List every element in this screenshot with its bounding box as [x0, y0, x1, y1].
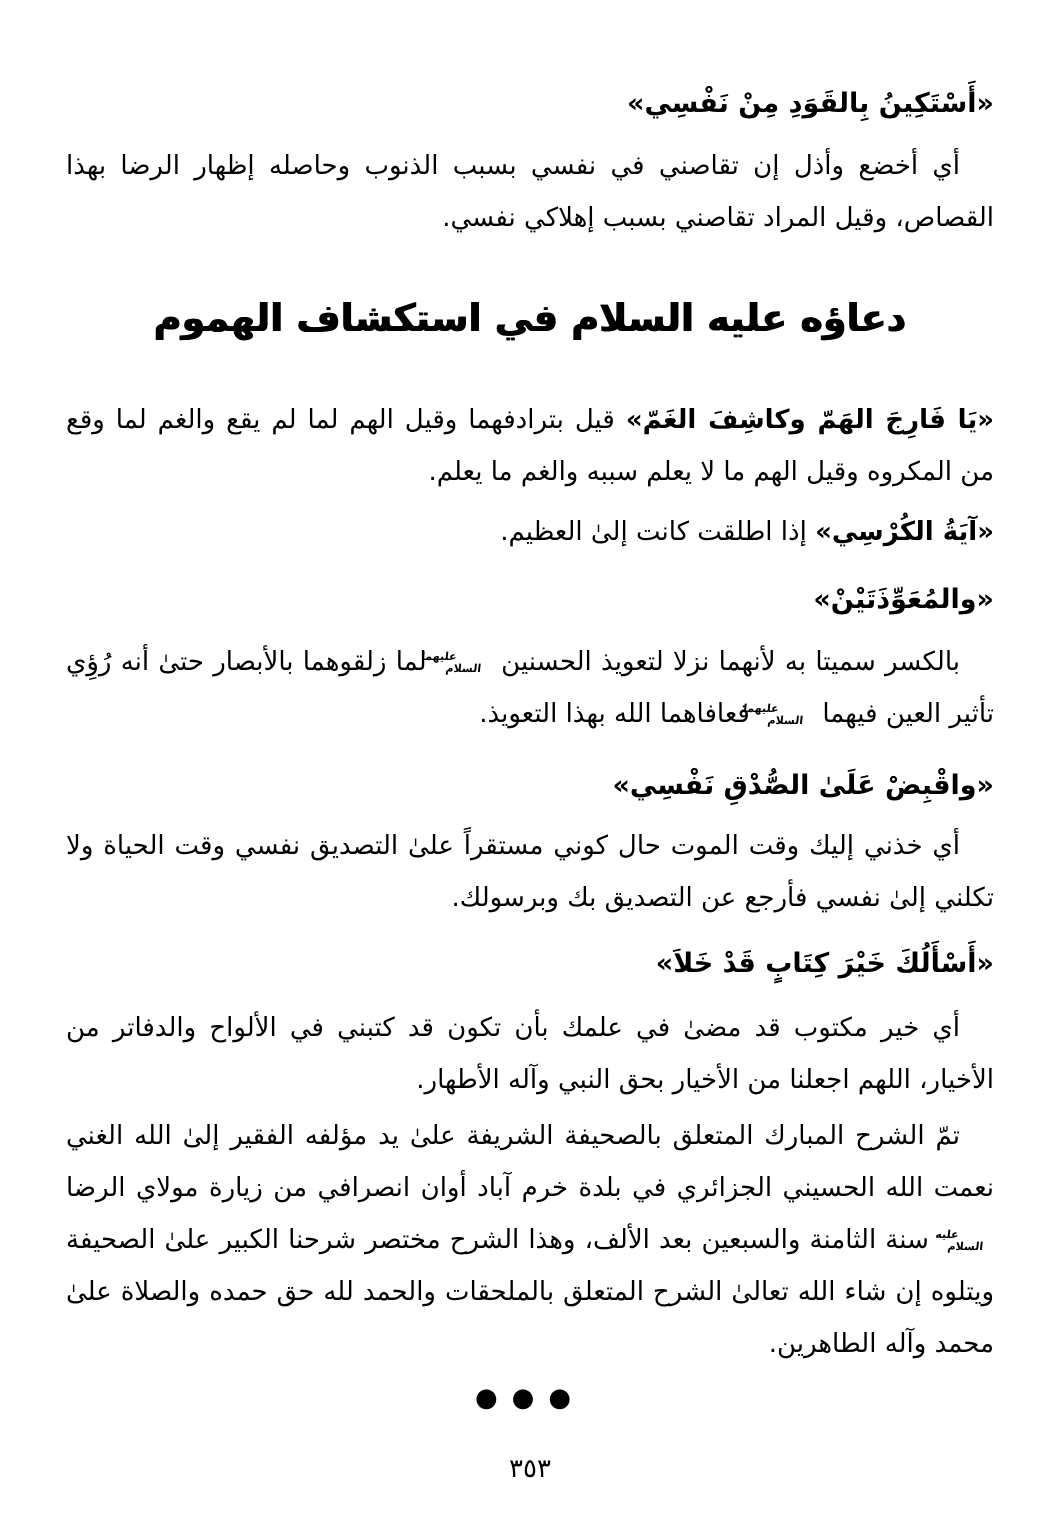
- commentary-paragraph-ya-farij: «يَا فَارِجَ الهَمّ وكاشِفَ الغَمّ» قيل …: [66, 394, 994, 498]
- book-page: «أَسْتَكِينُ بِالقَوَدِ مِنْ نَفْسِي» أي…: [0, 0, 1060, 1518]
- chapter-title: دعاؤه عليه السلام في استكشاف الهموم: [66, 294, 994, 342]
- commentary-text-muawwidhatayn-a: بالكسر سميتا به لأنهما نزلا لتعويذ الحسن…: [492, 647, 960, 677]
- commentary-paragraph-iqbid: أي خذني إليك وقت الموت حال كوني مستقراً …: [66, 820, 994, 924]
- quote-ayat-kursi: «آيَةُ الكُرْسِي»: [815, 517, 994, 547]
- quote-heading-asaluka: «أَسْأَلُكَ خَيْرَ كِتَابٍ قَدْ خَلاَ»: [66, 938, 994, 990]
- page-number: ٣٥٣: [0, 1454, 1060, 1484]
- quote-ya-farij: «يَا فَارِجَ الهَمّ وكاشِفَ الغَمّ»: [626, 405, 994, 435]
- colophon-text-b: سنة الثامنة والسبعين بعد الألف، وهذا الش…: [66, 1225, 994, 1359]
- commentary-text-ayat-kursi: إذا اطلقت كانت إلىٰ العظيم.: [500, 517, 815, 547]
- alayhi-salam-ligature: عليه السلام: [939, 1229, 993, 1252]
- alayhima-salam-ligature: عليهما السلام: [437, 651, 491, 674]
- quote-heading-astakin: «أَسْتَكِينُ بِالقَوَدِ مِنْ نَفْسِي»: [66, 78, 994, 130]
- commentary-text-muawwidhatayn-c: فعافاهما الله بهذا التعويذ.: [479, 699, 758, 729]
- alayhima-salam-ligature: عليهما السلام: [759, 703, 813, 726]
- commentary-paragraph-muawwidhatayn: بالكسر سميتا به لأنهما نزلا لتعويذ الحسن…: [66, 636, 994, 740]
- commentary-paragraph-ayat-kursi: «آيَةُ الكُرْسِي» إذا اطلقت كانت إلىٰ ال…: [66, 506, 994, 558]
- colophon-paragraph: تمّ الشرح المبارك المتعلق بالصحيفة الشري…: [66, 1110, 994, 1370]
- colophon-text-a: تمّ الشرح المبارك المتعلق بالصحيفة الشري…: [66, 1121, 994, 1203]
- quote-heading-iqbid: «واقْبِضْ عَلَىٰ الصُّدْقِ نَفْسِي»: [66, 760, 994, 812]
- quote-heading-muawwidhatayn: «والمُعَوِّذَتَيْنْ»: [66, 574, 994, 626]
- end-ornament-dots: ●●●: [66, 1378, 994, 1418]
- commentary-paragraph-astakin: أي أخضع وأذل إن تقاصني في نفسي بسبب الذن…: [66, 140, 994, 244]
- commentary-paragraph-asaluka: أي خير مكتوب قد مضىٰ في علمك بأن تكون قد…: [66, 1002, 994, 1106]
